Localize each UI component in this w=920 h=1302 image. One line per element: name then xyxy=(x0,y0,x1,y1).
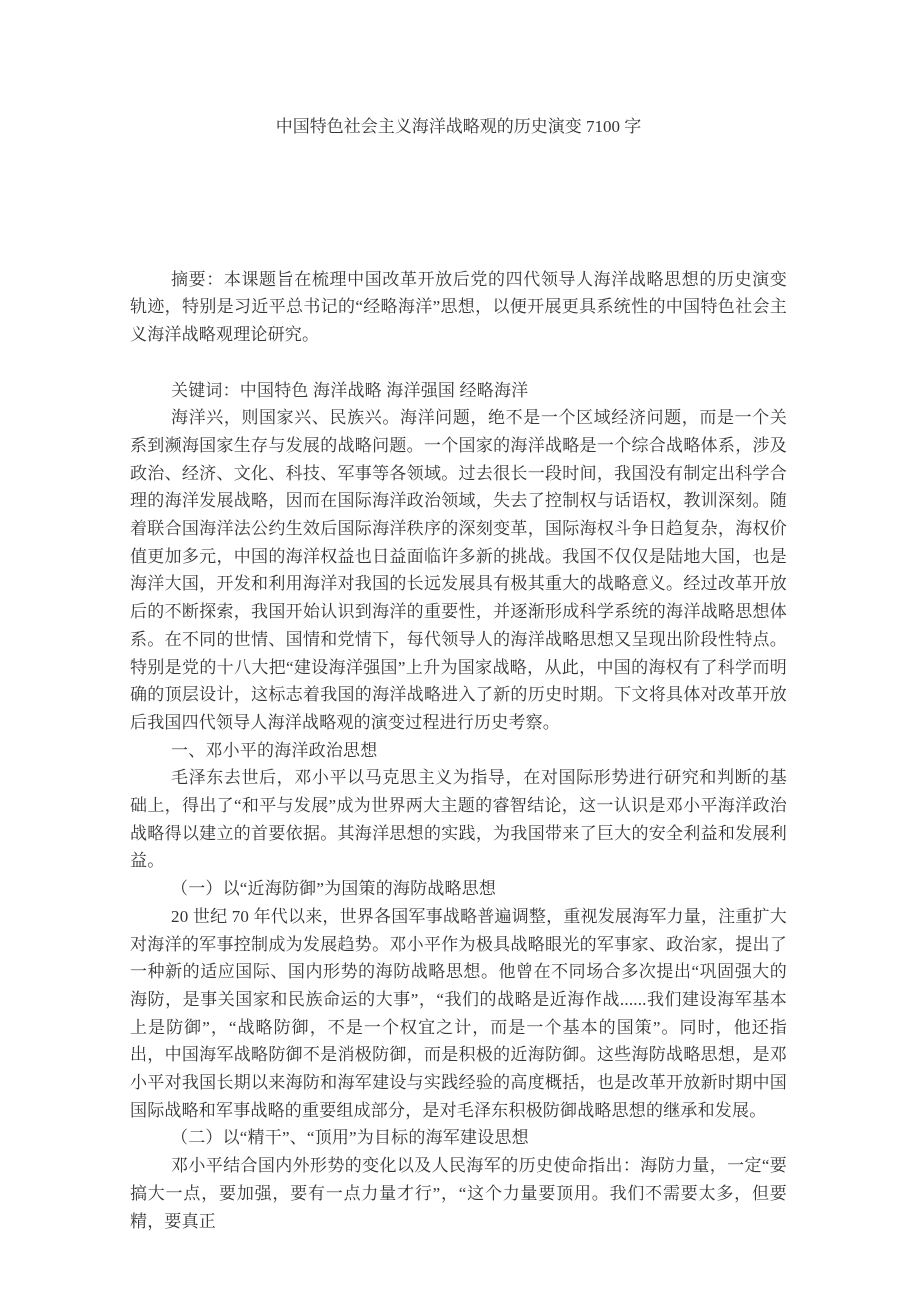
document-title: 中国特色社会主义海洋战略观的历史演变 7100 字 xyxy=(130,113,787,141)
keywords-line: 关键词：中国特色 海洋战略 海洋强国 经略海洋 xyxy=(130,377,787,405)
document-content: 中国特色社会主义海洋战略观的历史演变 7100 字 摘要：本课题旨在梳理中国改革… xyxy=(130,113,787,1235)
body-paragraph-2: 毛泽东去世后，邓小平以马克思主义为指导，在对国际形势进行研究和判断的基础上，得出… xyxy=(130,764,787,875)
section-heading-2: （一）以“近海防御”为国策的海防战略思想 xyxy=(130,875,787,903)
section-heading-3: （二）以“精干”、“顶用”为目标的海军建设思想 xyxy=(130,1124,787,1152)
body-paragraph-1: 海洋兴，则国家兴、民族兴。海洋问题，绝不是一个区域经济问题，而是一个关系到濒海国… xyxy=(130,404,787,736)
section-heading-1: 一、邓小平的海洋政治思想 xyxy=(130,737,787,765)
document-page: 中国特色社会主义海洋战略观的历史演变 7100 字 摘要：本课题旨在梳理中国改革… xyxy=(0,0,920,1302)
body-paragraph-4: 邓小平结合国内外形势的变化以及人民海军的历史使命指出：海防力量，一定“要搞大一点… xyxy=(130,1152,787,1235)
body-paragraph-3: 20 世纪 70 年代以来，世界各国军事战略普遍调整，重视发展海军力量，注重扩大… xyxy=(130,903,787,1125)
abstract-paragraph: 摘要：本课题旨在梳理中国改革开放后党的四代领导人海洋战略思想的历史演变轨迹，特别… xyxy=(130,266,787,349)
